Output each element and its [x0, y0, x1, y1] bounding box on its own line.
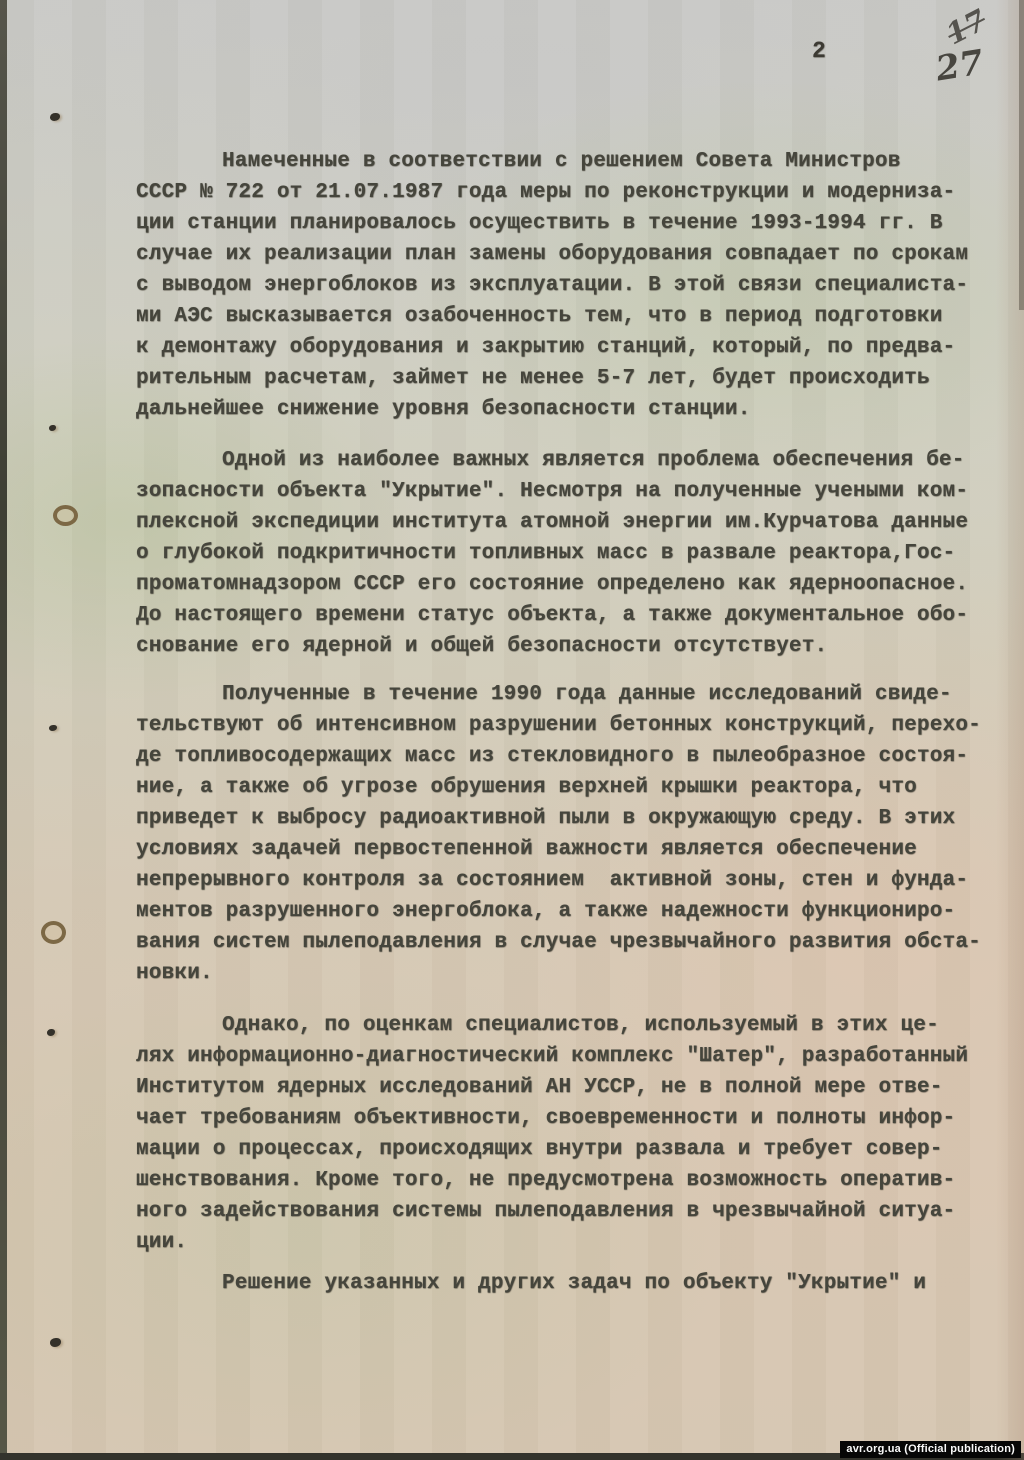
ink-speck-mark [49, 725, 57, 731]
scan-left-edge [0, 0, 7, 1460]
source-watermark: avr.org.ua (Official publication) [840, 1441, 1021, 1458]
page-number: 2 [812, 38, 826, 64]
punch-hole-ring [53, 505, 78, 526]
document-paragraph: Полученные в течение 1990 года данные ис… [136, 679, 1006, 989]
handwritten-archive-number: 27 [933, 43, 986, 90]
scanned-document-page: 2 17 27 Намеченные в соответствии с реше… [0, 0, 1024, 1460]
document-paragraph: Решение указанных и других задач по объе… [136, 1268, 1006, 1299]
document-paragraph: Однако, по оценкам специалистов, использ… [136, 1010, 1006, 1258]
ink-speck-mark [47, 1029, 55, 1036]
document-paragraph: Намеченные в соответствии с решением Сов… [136, 146, 1006, 425]
punch-hole-ring [41, 921, 66, 944]
ink-speck-mark [50, 1338, 61, 1347]
ink-speck-mark [49, 425, 56, 431]
ink-speck-mark [50, 113, 60, 121]
document-paragraph: Одной из наиболее важных является пробле… [136, 445, 1006, 662]
